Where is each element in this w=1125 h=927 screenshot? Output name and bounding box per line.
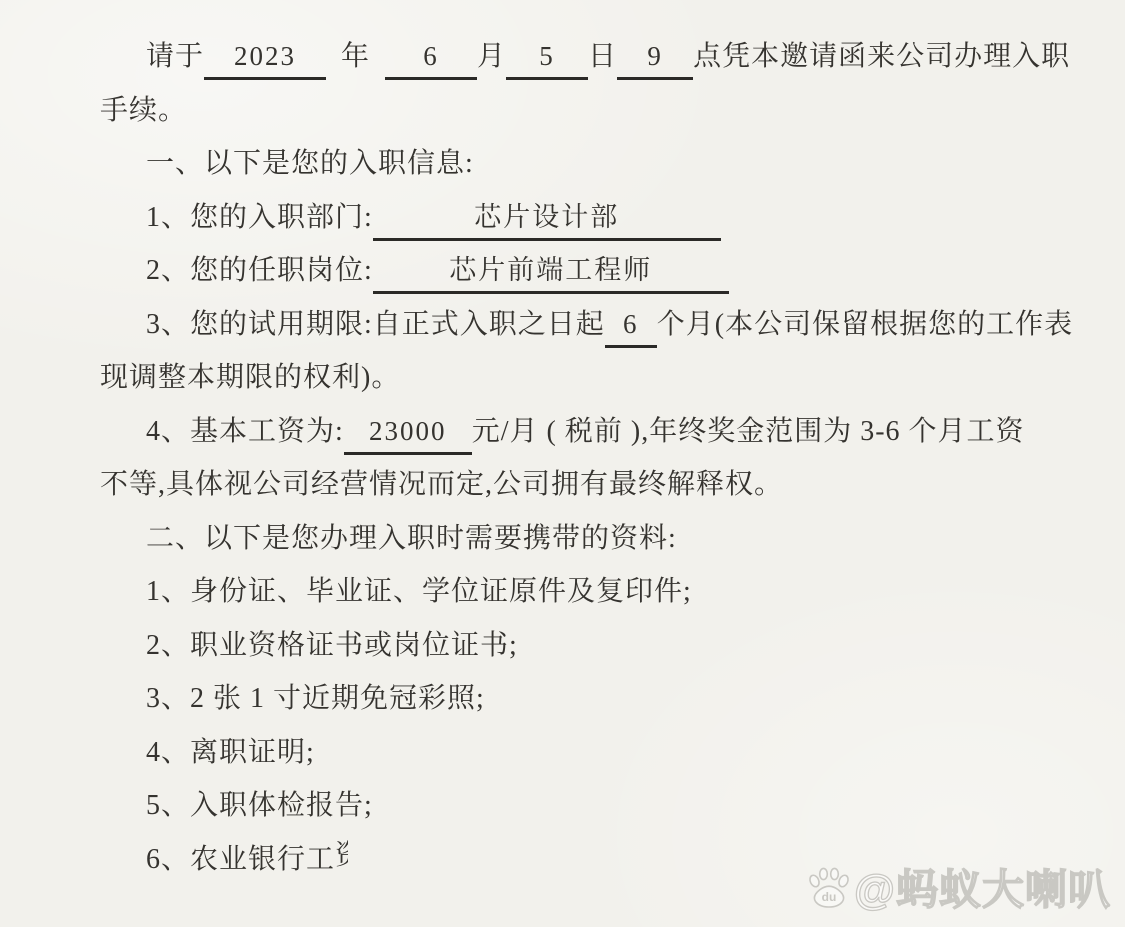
line-probation-2: 现调整本期限的权利)。 [100,351,1060,405]
text-segment: 月 [477,41,506,72]
day-blank-value: 5 [539,41,555,71]
month-blank-value: 6 [423,41,439,71]
position-blank-value: 芯片前端工程师 [449,255,652,285]
text-segment: 1、您的入职部门: [146,202,373,233]
text-segment: 4、基本工资为: [146,416,344,447]
text-segment: 年 [326,41,385,72]
text-segment: 二、以下是您办理入职时需要携带的资料: [146,523,677,554]
day-blank: 5 [506,41,588,80]
document-body: 请于2023 年 6月5日9点凭本邀请函来公司办理入职手续。一、以下是您的入职信… [100,30,1060,886]
text-segment: 不等,具体视公司经营情况而定,公司拥有最终解释权。 [100,469,783,500]
line-probation-1: 3、您的试用期限:自正式入职之日起6个月(本公司保留根据您的工作表 [100,298,1060,352]
text-segment: 点凭本邀请函来公司办理入职 [693,41,1070,72]
text-segment: 一、以下是您的入职信息: [146,148,474,179]
line-salary-2: 不等,具体视公司经营情况而定,公司拥有最终解释权。 [100,458,1060,512]
line-material-3: 3、2 张 1 寸近期免冠彩照; [100,672,1060,726]
salary-blank-value: 23000 [369,416,447,446]
text-segment: 元/月 ( 税前 ),年终奖金范围为 3-6 个月工资 [472,416,1025,447]
text-segment: 请于 [146,41,204,72]
hour-blank-value: 9 [647,41,663,71]
line-department: 1、您的入职部门:芯片设计部 [100,191,1060,245]
scanned-document-page: 请于2023 年 6月5日9点凭本邀请函来公司办理入职手续。一、以下是您的入职信… [0,0,1125,927]
paw-icon-label: du [822,890,837,904]
month-blank: 6 [385,41,477,80]
watermark: du @蚂蚁大喇叭 [805,857,1111,917]
probation-months-blank-value: 6 [623,309,639,339]
line-material-1: 1、身份证、毕业证、学位证原件及复印件; [100,565,1060,619]
department-blank-value: 芯片设计部 [474,202,619,232]
year-blank-value: 2023 [234,41,296,71]
line-invitation-2: 手续。 [100,84,1060,138]
line-section-2-heading: 二、以下是您办理入职时需要携带的资料: [100,512,1060,566]
line-position: 2、您的任职岗位:芯片前端工程师 [100,244,1060,298]
line-material-4: 4、离职证明; [100,726,1060,780]
hour-blank: 9 [617,41,693,80]
line-material-2: 2、职业资格证书或岗位证书; [100,619,1060,673]
text-segment: 1、身份证、毕业证、学位证原件及复印件; [146,576,692,607]
text-segment: 4、离职证明; [146,737,315,768]
text-segment: 手续。 [100,95,187,126]
text-segment: 3、2 张 1 寸近期免冠彩照; [146,683,485,714]
text-segment: 2、职业资格证书或岗位证书; [146,630,518,661]
line-section-1-heading: 一、以下是您的入职信息: [100,137,1060,191]
watermark-text: @蚂蚁大喇叭 [854,857,1111,917]
salary-blank: 23000 [344,416,472,455]
text-segment: 2、您的任职岗位: [146,255,373,286]
year-blank: 2023 [204,41,326,80]
line-material-5: 5、入职体检报告; [100,779,1060,833]
line-invitation-1: 请于2023 年 6月5日9点凭本邀请函来公司办理入职 [100,30,1060,84]
text-segment: 个月(本公司保留根据您的工作表 [657,309,1073,340]
text-segment: 日 [588,41,617,72]
text-segment: 现调整本期限的权利)。 [100,362,400,393]
department-blank: 芯片设计部 [373,195,721,241]
line-salary-1: 4、基本工资为:23000元/月 ( 税前 ),年终奖金范围为 3-6 个月工资 [100,405,1060,459]
text-segment: 6、农业银行工 [146,844,335,875]
clipped-char: 资 [335,833,348,873]
text-segment: 3、您的试用期限:自正式入职之日起 [146,309,605,340]
baidu-paw-icon: du [805,865,853,909]
position-blank: 芯片前端工程师 [373,248,729,294]
text-segment: 5、入职体检报告; [146,790,373,821]
probation-months-blank: 6 [605,309,657,348]
